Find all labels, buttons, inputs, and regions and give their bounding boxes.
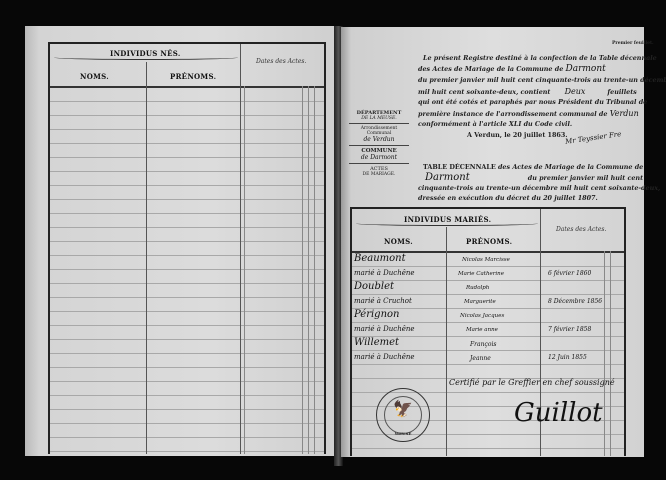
ruled-lines — [50, 88, 324, 454]
column-divider — [314, 86, 315, 454]
births-register-table: INDIVIDUS NÉS. NOMS. PRÉNOMS. Dates des … — [48, 42, 326, 454]
divider — [349, 163, 409, 164]
cell-date: 12 Juin 1855 — [548, 354, 587, 361]
title-line: dressée en exécution du décret du 20 jui… — [418, 193, 598, 204]
column-header-prenoms: PRÉNOMS. — [466, 237, 512, 246]
cell-nom: marié à Duchêne — [354, 269, 415, 277]
header-ornament — [356, 221, 538, 226]
cell-date: 7 février 1858 — [548, 326, 591, 333]
arrondissement-label: Arrondissement Communal — [349, 126, 409, 136]
arrondissement-name: de Verdun — [349, 136, 409, 143]
intro-text: des Actes de Mariage de la Commune de — [418, 65, 563, 73]
intro-line: des Actes de Mariage de la Commune de Da… — [418, 64, 606, 75]
cell-nom: Doublet — [354, 281, 394, 292]
divider — [349, 123, 409, 124]
cell-nom: marié à Duchêne — [354, 353, 415, 361]
stamp-label: MEUSE — [377, 431, 429, 436]
column-divider — [308, 86, 309, 454]
departement-name: DE LA MEUSE. — [349, 116, 409, 121]
certification-text: Certifié par le Greffier en chef soussig… — [449, 378, 615, 387]
column-divider — [446, 227, 447, 456]
cell-nom: Willemet — [354, 337, 399, 348]
intro-line: qui ont été cotés et paraphés par nous P… — [418, 97, 647, 108]
column-header-noms: NOMS. — [384, 237, 413, 246]
column-header-prenoms: PRÉNOMS. — [170, 72, 216, 81]
cell-prenom: François — [470, 341, 496, 348]
table-header: INDIVIDUS NÉS. NOMS. PRÉNOMS. Dates des … — [50, 44, 324, 88]
cell-prenom: Jeanne — [470, 355, 491, 362]
handwritten-count: Deux — [565, 87, 586, 96]
column-divider — [240, 44, 241, 454]
greffier-signature: Guillot — [514, 398, 603, 428]
cell-date: 6 février 1860 — [548, 270, 591, 277]
column-divider — [302, 86, 303, 454]
column-divider — [604, 251, 605, 456]
intro-text: première instance de l'arrondissement co… — [418, 110, 607, 118]
divider — [349, 145, 409, 146]
column-header-dates: Dates des Actes. — [256, 58, 306, 65]
title-text: du premier janvier mil huit cent — [528, 174, 643, 182]
intro-text: mil huit cent soixante-deux, contient — [418, 88, 550, 96]
handwritten-arrondissement: Verdun — [610, 109, 639, 118]
cell-nom: marié à Cruchot — [354, 297, 412, 305]
handwritten-commune: Darmont — [566, 64, 606, 74]
imperial-eagle-icon: 🦅 — [393, 399, 413, 418]
title-text: des Actes de Mariage de la Commune de — [498, 163, 643, 171]
cell-nom: Pérignon — [354, 309, 399, 320]
tribunal-stamp: 🦅 MEUSE — [376, 388, 430, 442]
cell-prenom: Marie anne — [466, 327, 498, 333]
cell-prenom: Marie Catherine — [458, 271, 504, 277]
cell-prenom: Nicolas Jacques — [460, 313, 504, 319]
commune-name: de Darmont — [349, 154, 409, 161]
header-ornament — [54, 55, 238, 60]
cell-prenom: Nicolas Marcisse — [462, 257, 510, 263]
intro-line: Le présent Registre destiné à la confect… — [423, 53, 657, 64]
cell-date: 8 Décembre 1856 — [548, 298, 602, 305]
cell-nom: Beaumont — [354, 253, 406, 264]
cell-prenom: Marguerite — [464, 299, 496, 305]
table-header: INDIVIDUS MARIÉS. NOMS. PRÉNOMS. Dates d… — [352, 209, 624, 253]
corner-label: Premier feuillet. — [612, 38, 654, 49]
handwritten-commune: Darmont — [425, 172, 470, 183]
column-divider — [244, 86, 245, 454]
column-divider — [146, 62, 147, 454]
actes-type: DE MARIAGE. — [349, 172, 409, 177]
intro-text: feuillets — [607, 88, 636, 96]
column-header-dates: Dates des Actes. — [556, 226, 606, 233]
intro-line: conformément à l'article XLI du Code civ… — [418, 119, 572, 130]
place-date: A Verdun, le 20 juillet 1863. — [467, 130, 568, 141]
administrative-box: DÉPARTEMENT DE LA MEUSE. Arrondissement … — [349, 110, 409, 177]
title-text: TABLE DÉCENNALE — [423, 163, 496, 171]
cell-prenom: Rudolph — [466, 285, 489, 291]
column-header-noms: NOMS. — [80, 72, 109, 81]
cell-nom: marié à Duchêne — [354, 325, 415, 333]
intro-line: du premier janvier mil huit cent cinquan… — [418, 75, 666, 86]
column-divider — [610, 251, 611, 456]
